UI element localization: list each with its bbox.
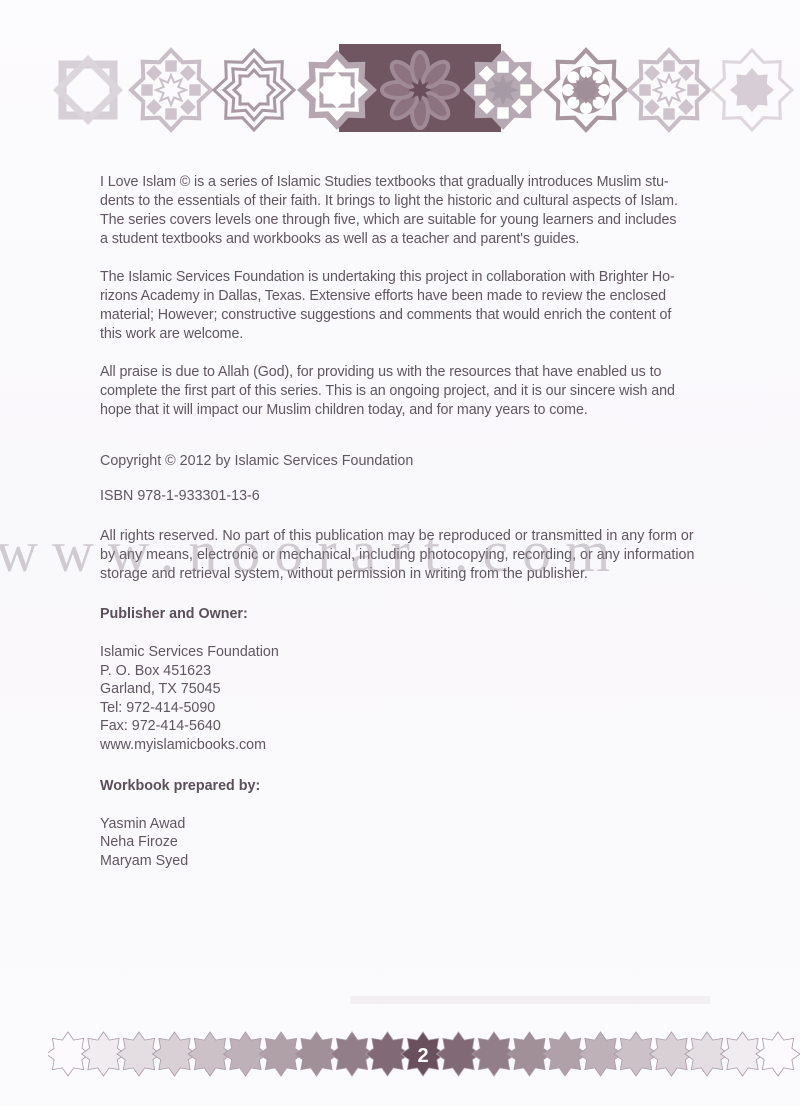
eight-point-star-icon xyxy=(756,1032,800,1076)
publisher-city: Garland, TX 75045 xyxy=(100,680,740,699)
intro-paragraph-3: All praise is due to Allah (God), for pr… xyxy=(100,363,740,420)
star-with-diamonds-icon xyxy=(463,50,543,130)
publisher-phone: Tel: 972-414-5090 xyxy=(100,699,740,718)
isbn-line: ISBN 978-1-933301-13-6 xyxy=(100,487,740,506)
star-with-squares-icon xyxy=(629,50,709,130)
publisher-fax: Fax: 972-414-5640 xyxy=(100,717,740,736)
text-line: All praise is due to Allah (God), for pr… xyxy=(100,363,740,382)
header-ornament-band xyxy=(48,40,800,140)
text-line: The series covers levels one through fiv… xyxy=(100,211,740,230)
text-line: All rights reserved. No part of this pub… xyxy=(100,527,740,546)
faint-bleed-through xyxy=(350,996,710,1004)
publisher-heading: Publisher and Owner: xyxy=(100,605,740,624)
text-line: I Love Islam © is a series of Islamic St… xyxy=(100,173,740,192)
text-line: dents to the essentials of their faith. … xyxy=(100,192,740,211)
workbook-authors-heading: Workbook prepared by: xyxy=(100,777,740,796)
page-number-ornament: 2 xyxy=(48,1024,800,1084)
interlaced-octagon-icon xyxy=(58,60,118,120)
text-line: storage and retrieval system, without pe… xyxy=(100,565,740,584)
text-line: this work are welcome. xyxy=(100,325,740,344)
publisher-po-box: P. O. Box 451623 xyxy=(100,662,740,681)
author-list: Yasmin Awad Neha Firoze Maryam Syed xyxy=(100,815,740,871)
eight-petal-flower-icon xyxy=(382,52,458,128)
page-number: 2 xyxy=(417,1045,428,1067)
text-line: The Islamic Services Foundation is under… xyxy=(100,268,740,287)
solid-star-in-star-icon xyxy=(712,50,792,130)
author-name: Maryam Syed xyxy=(100,852,740,871)
text-line: complete the first part of this series. … xyxy=(100,382,740,401)
intro-paragraph-1: I Love Islam © is a series of Islamic St… xyxy=(100,173,740,249)
author-name: Neha Firoze xyxy=(100,833,740,852)
star-with-squares-icon xyxy=(131,50,211,130)
footer-star-row: 2 xyxy=(48,1024,800,1084)
publisher-name: Islamic Services Foundation xyxy=(100,643,740,662)
publisher-address: Islamic Services Foundation P. O. Box 45… xyxy=(100,643,740,755)
intro-paragraph-2: The Islamic Services Foundation is under… xyxy=(100,268,740,344)
nested-stars-icon xyxy=(214,50,294,130)
ornament-row xyxy=(48,40,800,140)
author-name: Yasmin Awad xyxy=(100,815,740,834)
rights-reserved-notice: All rights reserved. No part of this pub… xyxy=(100,527,740,584)
geometric-frame-star-icon xyxy=(297,50,377,130)
publisher-website[interactable]: www.myislamicbooks.com xyxy=(100,736,740,755)
text-line: hope that it will impact our Muslim chil… xyxy=(100,401,740,420)
scalloped-star-icon xyxy=(546,50,626,130)
copyright-page-content: I Love Islam © is a series of Islamic St… xyxy=(100,173,740,870)
document-page: I Love Islam © is a series of Islamic St… xyxy=(0,0,800,1106)
text-line: by any means, electronic or mechanical, … xyxy=(100,546,740,565)
copyright-line: Copyright © 2012 by Islamic Services Fou… xyxy=(100,452,740,471)
text-line: rizons Academy in Dallas, Texas. Extensi… xyxy=(100,287,740,306)
text-line: a student textbooks and workbooks as wel… xyxy=(100,230,740,249)
text-line: material; However; constructive suggesti… xyxy=(100,306,740,325)
